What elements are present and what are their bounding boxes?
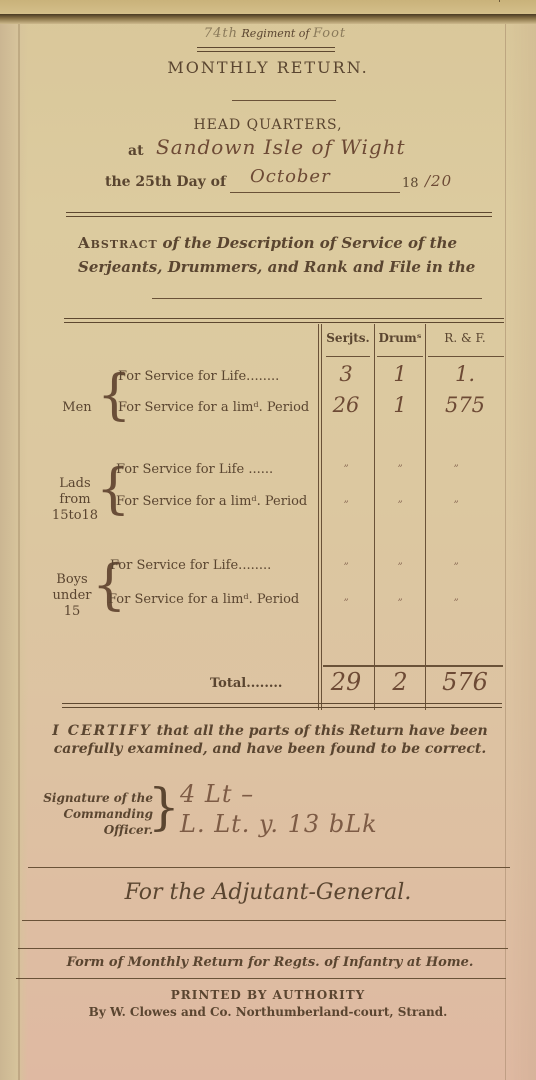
cell-men-life-rank-file: 1.: [426, 362, 504, 386]
group-label-line: Lads: [50, 476, 100, 492]
title-top-rule: [197, 47, 335, 52]
cell-ditto: ”: [375, 464, 425, 475]
page-fold-shadow: [0, 14, 536, 24]
left-page-edge: [0, 24, 28, 1080]
group-label-line: 15to18: [50, 508, 100, 524]
underlying-page-edge: [0, 0, 536, 15]
header-underline: [377, 356, 423, 357]
year-handwritten: /20: [425, 172, 452, 190]
form-title: Form of Monthly Return for Regts. of Inf…: [20, 955, 520, 970]
cell-ditto: ”: [426, 500, 486, 511]
regiment-type-handwritten: Foot: [313, 26, 346, 41]
table-bottom-rule: [62, 703, 502, 708]
signature-handwritten-line-1: 4 Lt –: [180, 780, 254, 808]
certify-lead: I CERTIFY: [52, 723, 152, 739]
signature-label-line: Officer.: [18, 822, 153, 838]
column-header-rank-and-file: R. & F.: [426, 331, 504, 345]
adjutant-bottom-rule: [22, 920, 506, 921]
group-label-line: from: [50, 492, 100, 508]
group-label-boys: Boys under 15: [48, 572, 96, 620]
month-handwritten: October: [250, 166, 331, 187]
headquarters-label: HEAD QUARTERS,: [0, 117, 536, 133]
cell-men-limited-rank-file: 575: [426, 393, 504, 417]
cell-ditto: ”: [426, 598, 486, 609]
printed-by-authority: PRINTED BY AUTHORITY: [0, 988, 536, 1002]
adjutant-general-line: For the Adjutant-General.: [0, 880, 536, 905]
cell-ditto: ”: [322, 500, 370, 511]
row-label: For Service for a limᵈ. Period: [116, 494, 307, 509]
signature-label-line: Signature of the: [18, 790, 153, 806]
regiment-line: 74th Regiment of Foot: [110, 26, 440, 41]
row-label: For Service for Life........: [110, 558, 271, 573]
certification-statement: I CERTIFY that all the parts of this Ret…: [40, 722, 500, 758]
cell-ditto: ”: [375, 500, 425, 511]
regiment-number-handwritten: 74th: [204, 26, 238, 41]
title-bottom-rule: [232, 100, 336, 101]
cell-ditto: ”: [426, 464, 486, 475]
adjutant-top-rule: [28, 867, 510, 868]
date-label: the 25th Day of: [105, 174, 226, 190]
signature-label-line: Commanding: [18, 806, 153, 822]
at-label: at: [128, 143, 144, 159]
location-handwritten: Sandown Isle of Wight: [156, 135, 406, 159]
column-header-drummers: Drumˢ: [375, 331, 425, 345]
header-underline: [428, 356, 504, 357]
printer-imprint: By W. Clowes and Co. Northumberland-cour…: [0, 1005, 536, 1019]
cell-men-limited-serjeants: 26: [322, 393, 370, 417]
abstract-lead: Abstract: [78, 234, 158, 252]
form-title-bottom-rule: [16, 978, 506, 979]
signature-label: Signature of the Commanding Officer.: [18, 790, 153, 838]
year-printed: 18: [402, 176, 419, 191]
regiment-label: Regiment of: [241, 27, 309, 40]
signature-brace: }: [148, 782, 180, 832]
group-label-line: 15: [48, 604, 96, 620]
header-underline: [326, 356, 370, 357]
table-vline: [318, 324, 319, 710]
group-label-lads: Lads from 15to18: [50, 476, 100, 524]
right-page-edge: [505, 24, 536, 1080]
cell-ditto: ”: [375, 598, 425, 609]
page-title: MONTHLY RETURN.: [0, 58, 536, 77]
abstract-heading: Abstract of the Description of Service o…: [78, 231, 498, 279]
total-drummers: 2: [375, 668, 425, 696]
unit-blank-line: [152, 298, 482, 299]
row-label: For Service for a limᵈ. Period: [118, 400, 309, 415]
cell-men-limited-drummers: 1: [375, 393, 425, 417]
column-header-serjeants: Serjts.: [322, 331, 374, 345]
signature-handwritten-line-2: L. Lt. y. 13 bLk: [180, 810, 378, 838]
group-label-men: Men: [56, 400, 98, 416]
table-top-rule: [64, 318, 504, 323]
cell-ditto: ”: [322, 598, 370, 609]
month-blank-line: [230, 192, 400, 193]
row-label: For Service for Life........: [118, 369, 279, 384]
row-label: For Service for Life ......: [116, 462, 273, 477]
total-serjeants: 29: [322, 668, 370, 696]
cell-ditto: ”: [322, 464, 370, 475]
cell-ditto: ”: [375, 562, 425, 573]
cell-men-life-serjeants: 3: [322, 362, 370, 386]
group-label-line: Boys: [48, 572, 96, 588]
cell-ditto: ”: [322, 562, 370, 573]
header-divider: [66, 212, 492, 217]
total-rank-file: 576: [426, 668, 504, 696]
form-title-top-rule: [18, 948, 508, 949]
cell-ditto: ”: [426, 562, 486, 573]
group-label-line: under: [48, 588, 96, 604]
cell-men-life-drummers: 1: [375, 362, 425, 386]
row-label: For Service for a limᵈ. Period: [108, 592, 299, 607]
total-top-rule: [323, 665, 503, 667]
total-label: Total........: [210, 676, 282, 691]
